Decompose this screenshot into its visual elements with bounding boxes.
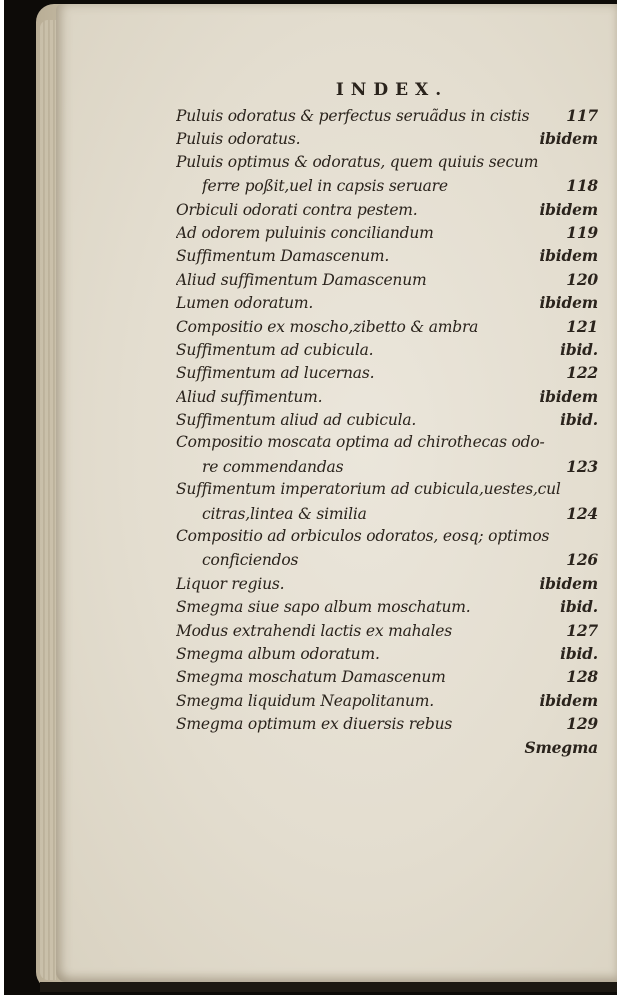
entry-title: Puluis odoratus & perfectus seruãdus in … (176, 105, 529, 128)
entry-page-ref: 123 (560, 455, 598, 478)
entry-title: Orbiculi odorati contra pestem. (176, 199, 418, 222)
index-entry-line: Suffimentum ad lucernas.122 (176, 361, 598, 384)
index-entry: Orbiculi odorati contra pestem.ibidem (176, 198, 598, 221)
entry-page-ref: ibidem (533, 385, 598, 408)
index-entry: Puluis odoratus.ibidem (176, 127, 598, 150)
entry-title: Aliud suffimentum Damascenum (176, 269, 426, 292)
entry-title: Smegma optimum ex diuersis rebus (176, 713, 452, 736)
entry-title: citras,lintea & similia (202, 503, 367, 526)
index-entry-line: Smegma liquidum Neapolitanum.ibidem (176, 689, 598, 712)
index-entry-line: Smegma moschatum Damascenum128 (176, 665, 598, 688)
index-entry-line: Smegma optimum ex diuersis rebus129 (176, 712, 598, 735)
entry-page-ref: ibidem (533, 127, 598, 150)
index-entry: Suffimentum Damascenum.ibidem (176, 244, 598, 267)
entry-page-ref: ibidem (533, 244, 598, 267)
index-entry-line: Compositio moscata optima ad chirothecas… (176, 431, 598, 454)
index-entry-line: Lumen odoratum.ibidem (176, 291, 598, 314)
entry-title: Suffimentum ad lucernas. (176, 362, 374, 385)
entry-page-ref: 118 (560, 174, 598, 197)
entry-title: Compositio ex moscho,zibetto & ambra (176, 316, 478, 339)
index-entry: Puluis optimus & odoratus, quem quiuis s… (176, 151, 598, 198)
index-entry: Suffimentum aliud ad cubicula.ibid. (176, 408, 598, 431)
index-entry: Suffimentum ad lucernas.122 (176, 361, 598, 384)
entry-title: Smegma siue sapo album moschatum. (176, 596, 471, 619)
index-entry: Liquor regius.ibidem (176, 572, 598, 595)
entry-title: Aliud suffimentum. (176, 386, 322, 409)
index-entry-line: Compositio ad orbiculos odoratos, eosq; … (176, 525, 598, 548)
entry-title: Lumen odoratum. (176, 292, 313, 315)
index-entry-line: Smegma album odoratum.ibid. (176, 642, 598, 665)
entry-page-ref: 117 (560, 104, 598, 127)
index-entry-line: Puluis odoratus.ibidem (176, 127, 598, 150)
entry-title: Suffimentum imperatorium ad cubicula,ues… (176, 478, 561, 501)
entry-page-ref: ibidem (533, 198, 598, 221)
index-entry: Aliud suffimentum.ibidem (176, 385, 598, 408)
index-entry: Puluis odoratus & perfectus seruãdus in … (176, 104, 598, 127)
entry-title: Liquor regius. (176, 573, 284, 596)
index-entry: Ad odorem puluinis conciliandum119 (176, 221, 598, 244)
index-entries: Puluis odoratus & perfectus seruãdus in … (176, 104, 598, 736)
index-entry-line: Smegma siue sapo album moschatum.ibid. (176, 595, 598, 618)
entry-page-ref: 128 (560, 665, 598, 688)
page-edge-lines (40, 20, 56, 980)
index-entry: Aliud suffimentum Damascenum120 (176, 268, 598, 291)
entry-page-ref: ibidem (533, 572, 598, 595)
entry-title: Modus extrahendi lactis ex mahales (176, 620, 452, 643)
entry-page-ref: ibid. (554, 338, 598, 361)
entry-title: Smegma moschatum Damascenum (176, 666, 446, 689)
entry-title: Puluis odoratus. (176, 128, 300, 151)
index-entry: Suffimentum ad cubicula.ibid. (176, 338, 598, 361)
index-entry-line: Ad odorem puluinis conciliandum119 (176, 221, 598, 244)
entry-title: ferre poßit,uel in capsis seruare (202, 175, 448, 198)
index-entry-line: Modus extrahendi lactis ex mahales127 (176, 619, 598, 642)
index-entry-line: Compositio ex moscho,zibetto & ambra121 (176, 315, 598, 338)
index-entry-line: ferre poßit,uel in capsis seruare118 (176, 174, 598, 197)
bottom-shadow (40, 982, 617, 992)
index-entry: Smegma moschatum Damascenum128 (176, 665, 598, 688)
entry-page-ref: 124 (560, 502, 598, 525)
index-entry-line: Aliud suffimentum Damascenum120 (176, 268, 598, 291)
entry-page-ref: 119 (560, 221, 598, 244)
entry-title: Ad odorem puluinis conciliandum (176, 222, 434, 245)
entry-page-ref: 120 (560, 268, 598, 291)
entry-page-ref: 121 (560, 315, 598, 338)
entry-title: Smegma liquidum Neapolitanum. (176, 690, 434, 713)
entry-title: Compositio ad orbiculos odoratos, eosq; … (176, 525, 549, 548)
index-entry-line: Puluis odoratus & perfectus seruãdus in … (176, 104, 598, 127)
entry-title: Puluis optimus & odoratus, quem quiuis s… (176, 151, 538, 174)
index-entry-line: Suffimentum imperatorium ad cubicula,ues… (176, 478, 598, 501)
index-entry-line: Aliud suffimentum.ibidem (176, 385, 598, 408)
entry-title: re commendandas (202, 456, 343, 479)
entry-title: Suffimentum Damascenum. (176, 245, 389, 268)
index-entry: Lumen odoratum.ibidem (176, 291, 598, 314)
index-entry-line: Liquor regius.ibidem (176, 572, 598, 595)
index-entry-line: re commendandas123 (176, 455, 598, 478)
entry-page-ref: ibidem (533, 291, 598, 314)
index-entry: Smegma siue sapo album moschatum.ibid. (176, 595, 598, 618)
entry-page-ref: 127 (560, 619, 598, 642)
entry-title: Suffimentum ad cubicula. (176, 339, 373, 362)
entry-page-ref: ibid. (554, 408, 598, 431)
catchword: Smegma (176, 736, 598, 760)
entry-page-ref: ibidem (533, 689, 598, 712)
index-entry: Modus extrahendi lactis ex mahales127 (176, 619, 598, 642)
index-entry: Compositio ex moscho,zibetto & ambra121 (176, 315, 598, 338)
index-text-block: INDEX. Puluis odoratus & perfectus seruã… (176, 78, 598, 760)
index-entry-line: conficiendos126 (176, 548, 598, 571)
index-entry: Compositio ad orbiculos odoratos, eosq; … (176, 525, 598, 572)
index-entry-line: Suffimentum Damascenum.ibidem (176, 244, 598, 267)
entry-page-ref: ibid. (554, 595, 598, 618)
entry-title: conficiendos (202, 549, 298, 572)
entry-title: Suffimentum aliud ad cubicula. (176, 409, 416, 432)
entry-page-ref: 129 (560, 712, 598, 735)
entry-page-ref: 126 (560, 548, 598, 571)
index-entry: Smegma liquidum Neapolitanum.ibidem (176, 689, 598, 712)
entry-title: Smegma album odoratum. (176, 643, 380, 666)
index-entry: Smegma optimum ex diuersis rebus129 (176, 712, 598, 735)
index-entry-line: Suffimentum ad cubicula.ibid. (176, 338, 598, 361)
index-entry: Compositio moscata optima ad chirothecas… (176, 431, 598, 478)
page-heading: INDEX. (176, 78, 598, 102)
index-entry-line: citras,lintea & similia124 (176, 502, 598, 525)
index-entry-line: Suffimentum aliud ad cubicula.ibid. (176, 408, 598, 431)
index-entry-line: Puluis optimus & odoratus, quem quiuis s… (176, 151, 598, 174)
entry-title: Compositio moscata optima ad chirothecas… (176, 431, 545, 454)
entry-page-ref: ibid. (554, 642, 598, 665)
index-entry: Suffimentum imperatorium ad cubicula,ues… (176, 478, 598, 525)
index-entry: Smegma album odoratum.ibid. (176, 642, 598, 665)
index-entry-line: Orbiculi odorati contra pestem.ibidem (176, 198, 598, 221)
entry-page-ref: 122 (560, 361, 598, 384)
